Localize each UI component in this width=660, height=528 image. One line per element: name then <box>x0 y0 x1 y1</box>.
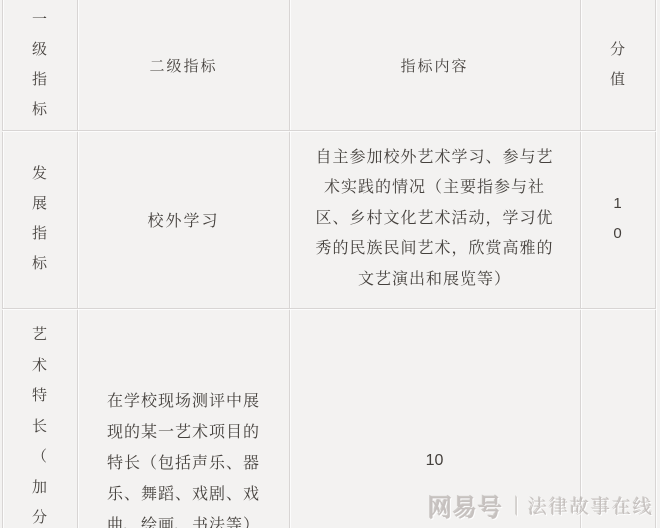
cell-art-specialty-level2: 在学校现场测评中展 现的某一艺术项目的 特长（包括声乐、器 乐、舞蹈、戏剧、戏 … <box>78 308 289 528</box>
cell-development-score: 1 0 <box>580 130 655 308</box>
cell-development-level2: 校外学习 <box>78 130 289 308</box>
header-cell-level1-indicator: 一 级 指 标 <box>3 0 77 130</box>
article-table-page: 一 级 指 标 二级指标 指标内容 分 值 发 展 指 标 校外学习 自主参加校… <box>0 0 660 528</box>
cell-development-content: 自主参加校外艺术学习、参与艺 术实践的情况（主要指参与社 区、乡村文化艺术活动，… <box>289 130 580 308</box>
header-cell-score: 分 值 <box>580 0 655 130</box>
header-cell-indicator-content: 指标内容 <box>289 0 580 130</box>
cell-development-level1: 发 展 指 标 <box>3 130 77 308</box>
watermark-divider: ｜ <box>507 492 526 519</box>
grid-line-vertical-right <box>655 0 656 528</box>
cell-art-specialty-level1: 艺 术 特 长 （ 加 分 <box>3 308 77 528</box>
watermark-account-name: 法律故事在线 <box>528 492 654 519</box>
netease-hao-logo: 网易号 <box>428 488 503 523</box>
header-cell-level2-indicator: 二级指标 <box>78 0 289 130</box>
netease-watermark: 网易号 ｜ 法律故事在线 <box>428 488 654 523</box>
